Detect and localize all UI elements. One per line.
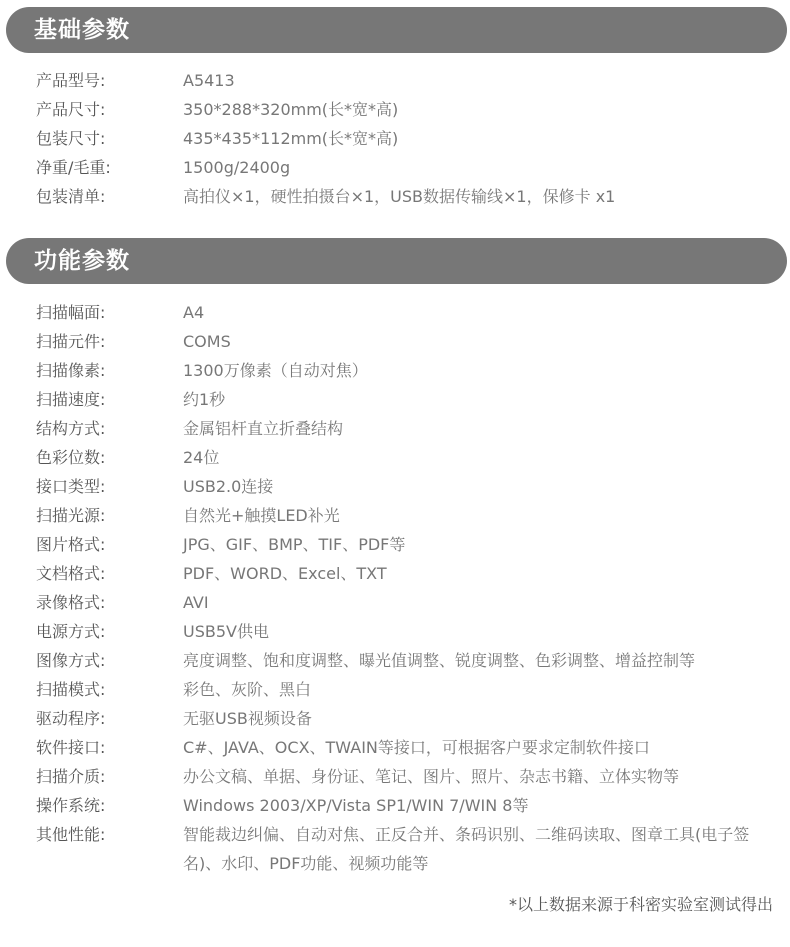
spec-label: 接口类型: [36, 472, 105, 501]
spec-row: 净重/毛重: 1500g/2400g [0, 153, 790, 182]
spec-row: 扫描速度: 约1秒 [0, 385, 790, 414]
spec-value: 高拍仪×1，硬性拍摄台×1，USB数据传输线×1，保修卡 x1 [183, 182, 773, 211]
spec-label: 扫描幅面: [36, 298, 105, 327]
section-header-function: 功能参数 [6, 238, 787, 284]
spec-value: COMS [183, 327, 773, 356]
spec-label: 文档格式: [36, 559, 105, 588]
basic-spec-list: 产品型号: A5413 产品尺寸: 350*288*320mm(长*宽*高) 包… [0, 66, 790, 211]
section-header-basic: 基础参数 [6, 7, 787, 53]
spec-value: PDF、WORD、Excel、TXT [183, 559, 773, 588]
spec-value: C#、JAVA、OCX、TWAIN等接口，可根据客户要求定制软件接口 [183, 733, 773, 762]
spec-row: 录像格式: AVI [0, 588, 790, 617]
spec-label: 电源方式: [36, 617, 105, 646]
spec-value: A5413 [183, 66, 773, 95]
spec-row: 驱动程序: 无驱USB视频设备 [0, 704, 790, 733]
spec-row: 产品尺寸: 350*288*320mm(长*宽*高) [0, 95, 790, 124]
spec-label: 图片格式: [36, 530, 105, 559]
spec-value: JPG、GIF、BMP、TIF、PDF等 [183, 530, 773, 559]
section-title: 基础参数 [34, 7, 130, 53]
spec-label: 图像方式: [36, 646, 105, 675]
spec-row: 文档格式: PDF、WORD、Excel、TXT [0, 559, 790, 588]
spec-value: USB2.0连接 [183, 472, 773, 501]
spec-row: 软件接口: C#、JAVA、OCX、TWAIN等接口，可根据客户要求定制软件接口 [0, 733, 790, 762]
spec-value: USB5V供电 [183, 617, 773, 646]
spec-label: 扫描介质: [36, 762, 105, 791]
spec-row: 电源方式: USB5V供电 [0, 617, 790, 646]
spec-row: 扫描介质: 办公文稿、单据、身份证、笔记、图片、照片、杂志书籍、立体实物等 [0, 762, 790, 791]
spec-row: 色彩位数: 24位 [0, 443, 790, 472]
spec-row: 扫描幅面: A4 [0, 298, 790, 327]
spec-value: 435*435*112mm(长*宽*高) [183, 124, 773, 153]
spec-label: 扫描模式: [36, 675, 105, 704]
spec-value: Windows 2003/XP/Vista SP1/WIN 7/WIN 8等 [183, 791, 773, 820]
spec-label: 色彩位数: [36, 443, 105, 472]
spec-label: 净重/毛重: [36, 153, 111, 182]
footnote: *以上数据来源于科密实验室测试得出 [509, 892, 773, 915]
spec-row: 其他性能: 智能裁边纠偏、自动对焦、正反合并、条码识别、二维码读取、图章工具(电… [0, 820, 790, 878]
spec-row: 包装尺寸: 435*435*112mm(长*宽*高) [0, 124, 790, 153]
spec-value: 办公文稿、单据、身份证、笔记、图片、照片、杂志书籍、立体实物等 [183, 762, 773, 791]
spec-label: 包装尺寸: [36, 124, 105, 153]
spec-row: 产品型号: A5413 [0, 66, 790, 95]
spec-value: 彩色、灰阶、黑白 [183, 675, 773, 704]
spec-row: 包装清单: 高拍仪×1，硬性拍摄台×1，USB数据传输线×1，保修卡 x1 [0, 182, 790, 211]
spec-label: 扫描元件: [36, 327, 105, 356]
spec-row: 结构方式: 金属铝杆直立折叠结构 [0, 414, 790, 443]
spec-label: 软件接口: [36, 733, 105, 762]
spec-row: 扫描光源: 自然光+触摸LED补光 [0, 501, 790, 530]
spec-value: AVI [183, 588, 773, 617]
spec-row: 接口类型: USB2.0连接 [0, 472, 790, 501]
spec-row: 操作系统: Windows 2003/XP/Vista SP1/WIN 7/WI… [0, 791, 790, 820]
spec-label: 产品型号: [36, 66, 105, 95]
spec-value: 智能裁边纠偏、自动对焦、正反合并、条码识别、二维码读取、图章工具(电子签名)、水… [183, 820, 773, 878]
spec-value: 350*288*320mm(长*宽*高) [183, 95, 773, 124]
spec-label: 扫描光源: [36, 501, 105, 530]
spec-value: 24位 [183, 443, 773, 472]
spec-label: 操作系统: [36, 791, 105, 820]
spec-value: 金属铝杆直立折叠结构 [183, 414, 773, 443]
spec-value: 自然光+触摸LED补光 [183, 501, 773, 530]
spec-row: 扫描像素: 1300万像素（自动对焦） [0, 356, 790, 385]
spec-label: 产品尺寸: [36, 95, 105, 124]
spec-label: 驱动程序: [36, 704, 105, 733]
section-title: 功能参数 [34, 238, 130, 284]
spec-value: 约1秒 [183, 385, 773, 414]
spec-label: 扫描速度: [36, 385, 105, 414]
spec-row: 图片格式: JPG、GIF、BMP、TIF、PDF等 [0, 530, 790, 559]
spec-value: A4 [183, 298, 773, 327]
spec-row: 扫描模式: 彩色、灰阶、黑白 [0, 675, 790, 704]
spec-value: 无驱USB视频设备 [183, 704, 773, 733]
spec-label: 结构方式: [36, 414, 105, 443]
function-spec-list: 扫描幅面: A4 扫描元件: COMS 扫描像素: 1300万像素（自动对焦） … [0, 298, 790, 878]
spec-value: 1300万像素（自动对焦） [183, 356, 773, 385]
spec-value: 1500g/2400g [183, 153, 773, 182]
spec-label: 录像格式: [36, 588, 105, 617]
spec-label: 其他性能: [36, 820, 105, 849]
spec-label: 扫描像素: [36, 356, 105, 385]
spec-row: 图像方式: 亮度调整、饱和度调整、曝光值调整、锐度调整、色彩调整、增益控制等 [0, 646, 790, 675]
spec-label: 包装清单: [36, 182, 105, 211]
spec-row: 扫描元件: COMS [0, 327, 790, 356]
spec-value: 亮度调整、饱和度调整、曝光值调整、锐度调整、色彩调整、增益控制等 [183, 646, 773, 675]
